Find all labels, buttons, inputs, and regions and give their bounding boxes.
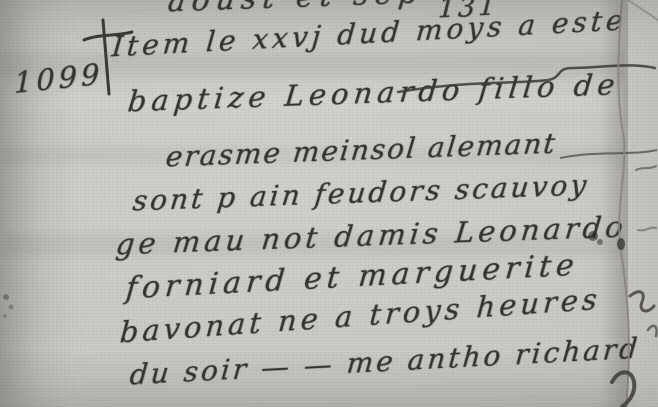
margin-entry-number: 1099 <box>14 57 103 101</box>
manuscript-line-4: sont p ain feudors scauvoy <box>131 168 591 217</box>
manuscript-line-3: erasme meinsol alemant <box>164 126 558 173</box>
manuscript-line-2: baptize Leonardo fillo de <box>126 67 621 118</box>
manuscript-scan-page: aoust et sep 131 1099 Item le xxvj dud m… <box>0 0 658 407</box>
margin-ink-blot <box>3 294 13 318</box>
